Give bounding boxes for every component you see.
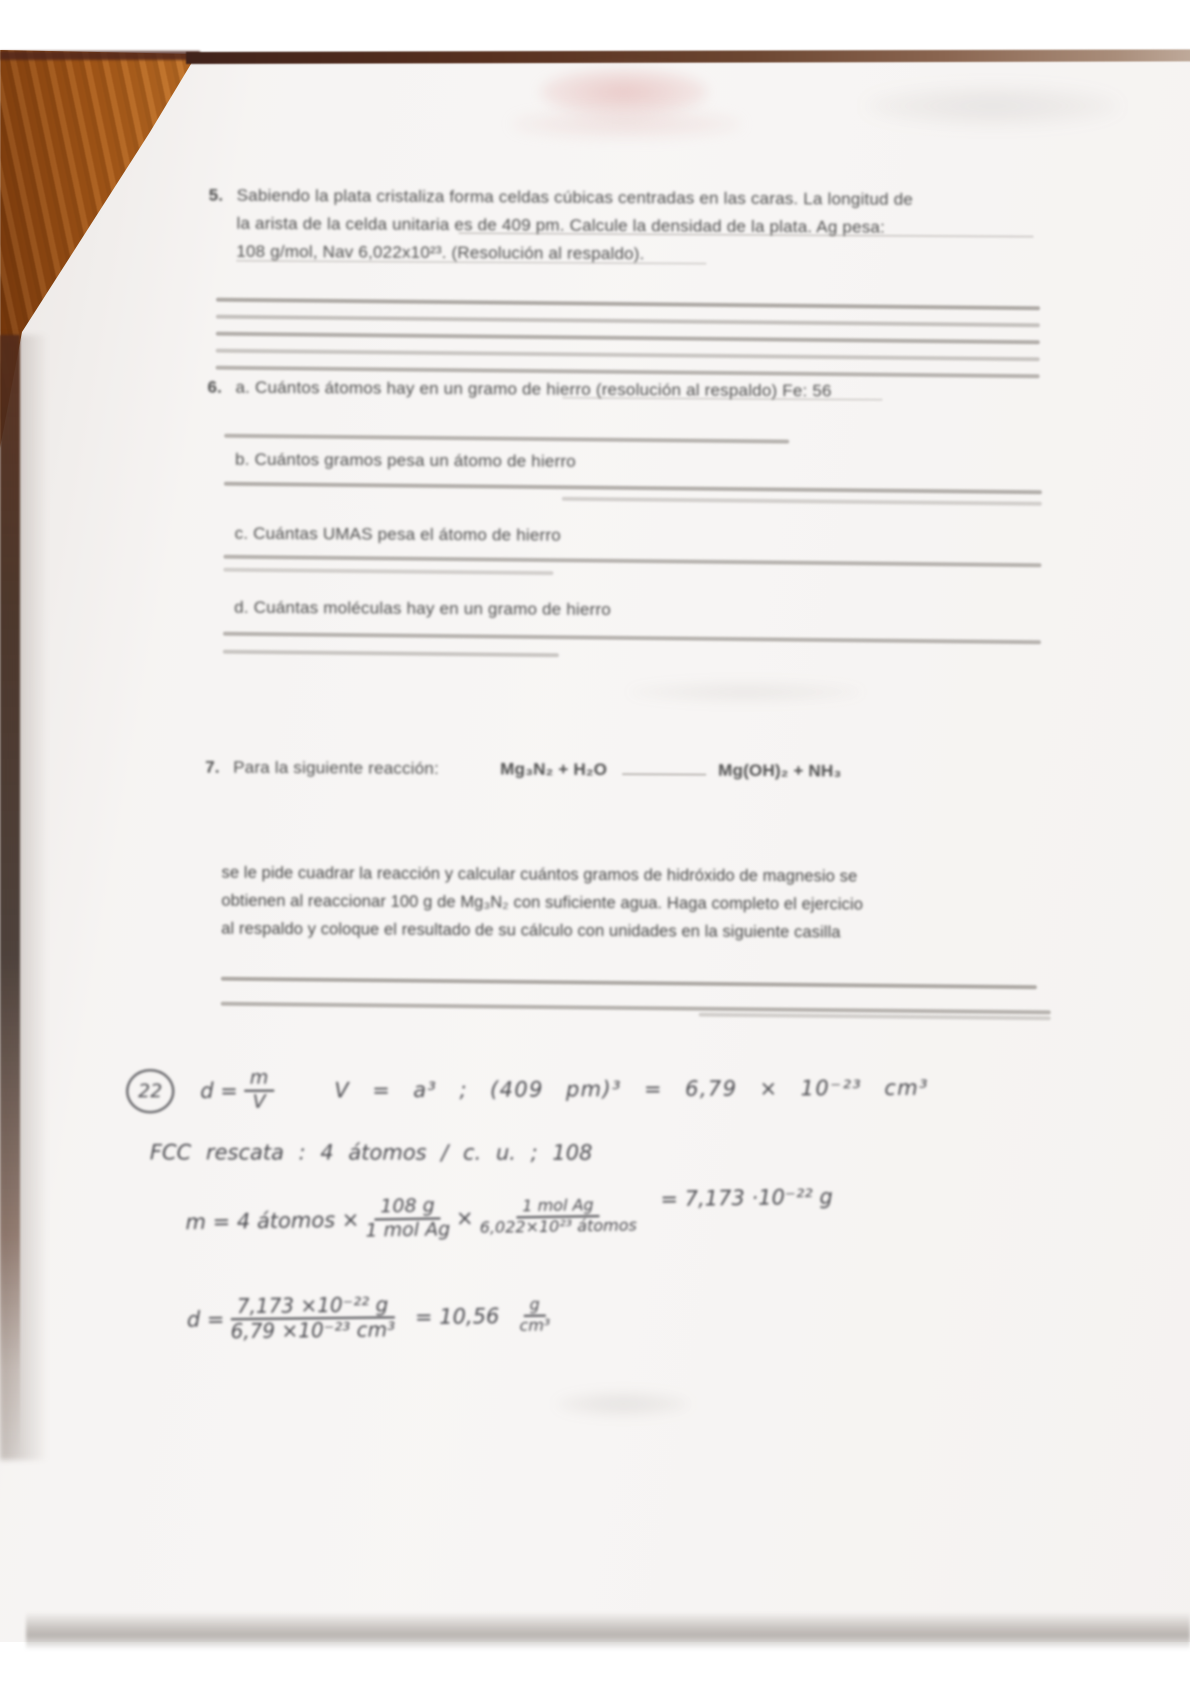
reaction-products: Mg(OH)₂ + NH₃ — [718, 761, 841, 782]
question-6-number: 6. — [207, 378, 222, 398]
hand-frac-avogadro: 1 mol Ag 6,022×10²³ átomos — [479, 1197, 637, 1237]
handwriting-row-b: FCC rescata : 4 átomos / c. u. ; 108 — [150, 1140, 593, 1164]
answer-line — [216, 366, 1040, 378]
answer-line — [216, 332, 1040, 344]
answer-line — [221, 977, 1037, 989]
question-7-paragraph-line-2: obtienen al reaccionar 100 g de Mg₃N₂ co… — [221, 892, 863, 915]
handwriting-row-d: d = 7,173 ×10⁻²² g 6,79 ×10⁻²³ cm³ = 10,… — [187, 1293, 557, 1343]
hand-frac-molar-mass: 108 g 1 mol Ag — [365, 1196, 450, 1241]
answer-line — [223, 568, 553, 575]
answer-line — [223, 555, 1041, 567]
answer-line — [221, 1002, 1051, 1014]
sheet-content: 5. Sabiendo la plata cristaliza forma ce… — [0, 0, 1190, 1684]
circled-number: 22 — [126, 1069, 174, 1113]
answer-line — [216, 349, 1040, 361]
worksheet-photo: 5. Sabiendo la plata cristaliza forma ce… — [0, 0, 1190, 1684]
question-6c-text: c. Cuántas UMAS pesa el átomo de hierro — [235, 524, 561, 546]
hand-times: × — [456, 1206, 474, 1230]
hand-fcc-note: FCC rescata : 4 átomos / c. u. ; 108 — [150, 1140, 593, 1164]
hand-density-result: = 10,56 — [415, 1304, 500, 1329]
answer-line — [216, 298, 1040, 310]
answer-line — [699, 1013, 1051, 1020]
question-5-number: 5. — [209, 186, 224, 206]
handwriting-row-a: 22 d = m V V = a³ ; (409 pm)³ = 6,79 × 1… — [126, 1066, 929, 1114]
reaction-reactants: Mg₃N₂ + H₂O — [500, 759, 607, 780]
hand-d-equals: d = — [200, 1079, 238, 1103]
question-7-paragraph-line-1: se le pide cuadrar la reacción y calcula… — [221, 864, 857, 887]
hand-density-pre: d = — [187, 1307, 225, 1331]
paper-bottom-edge-shadow — [26, 1612, 1190, 1650]
hand-mass-pre: m = 4 átomos × — [185, 1208, 359, 1235]
question-6b-text: b. Cuántos gramos pesa un átomo de hierr… — [235, 450, 576, 472]
answer-line — [562, 497, 1042, 506]
question-6d-text: d. Cuántas moléculas hay en un gramo de … — [234, 598, 611, 620]
answer-line — [223, 650, 559, 657]
reaction-arrow — [622, 773, 706, 776]
answer-line — [223, 632, 1041, 644]
hand-frac-density: 7,173 ×10⁻²² g 6,79 ×10⁻²³ cm³ — [230, 1294, 395, 1342]
hand-unit-fraction: g cm³ — [519, 1297, 550, 1335]
hand-frac-m-over-v: m V — [244, 1069, 275, 1113]
answer-line — [216, 315, 1040, 327]
question-7-number: 7. — [205, 758, 220, 778]
question-7-intro: Para la siguiente reacción: — [233, 758, 439, 779]
answer-line — [224, 482, 1042, 494]
hand-mass-result: = 7,173 ·10⁻²² g — [660, 1185, 833, 1212]
answer-line — [224, 434, 789, 443]
hand-volume-calc: V = a³ ; (409 pm)³ = 6,79 × 10⁻²³ cm³ — [334, 1076, 929, 1103]
question-7-paragraph-line-3: al respaldo y coloque el resultado de su… — [221, 920, 841, 943]
question-5-line-1: Sabiendo la plata cristaliza forma celda… — [237, 186, 913, 210]
handwriting-row-c: m = 4 átomos × 108 g 1 mol Ag × 1 mol Ag… — [185, 1191, 833, 1244]
